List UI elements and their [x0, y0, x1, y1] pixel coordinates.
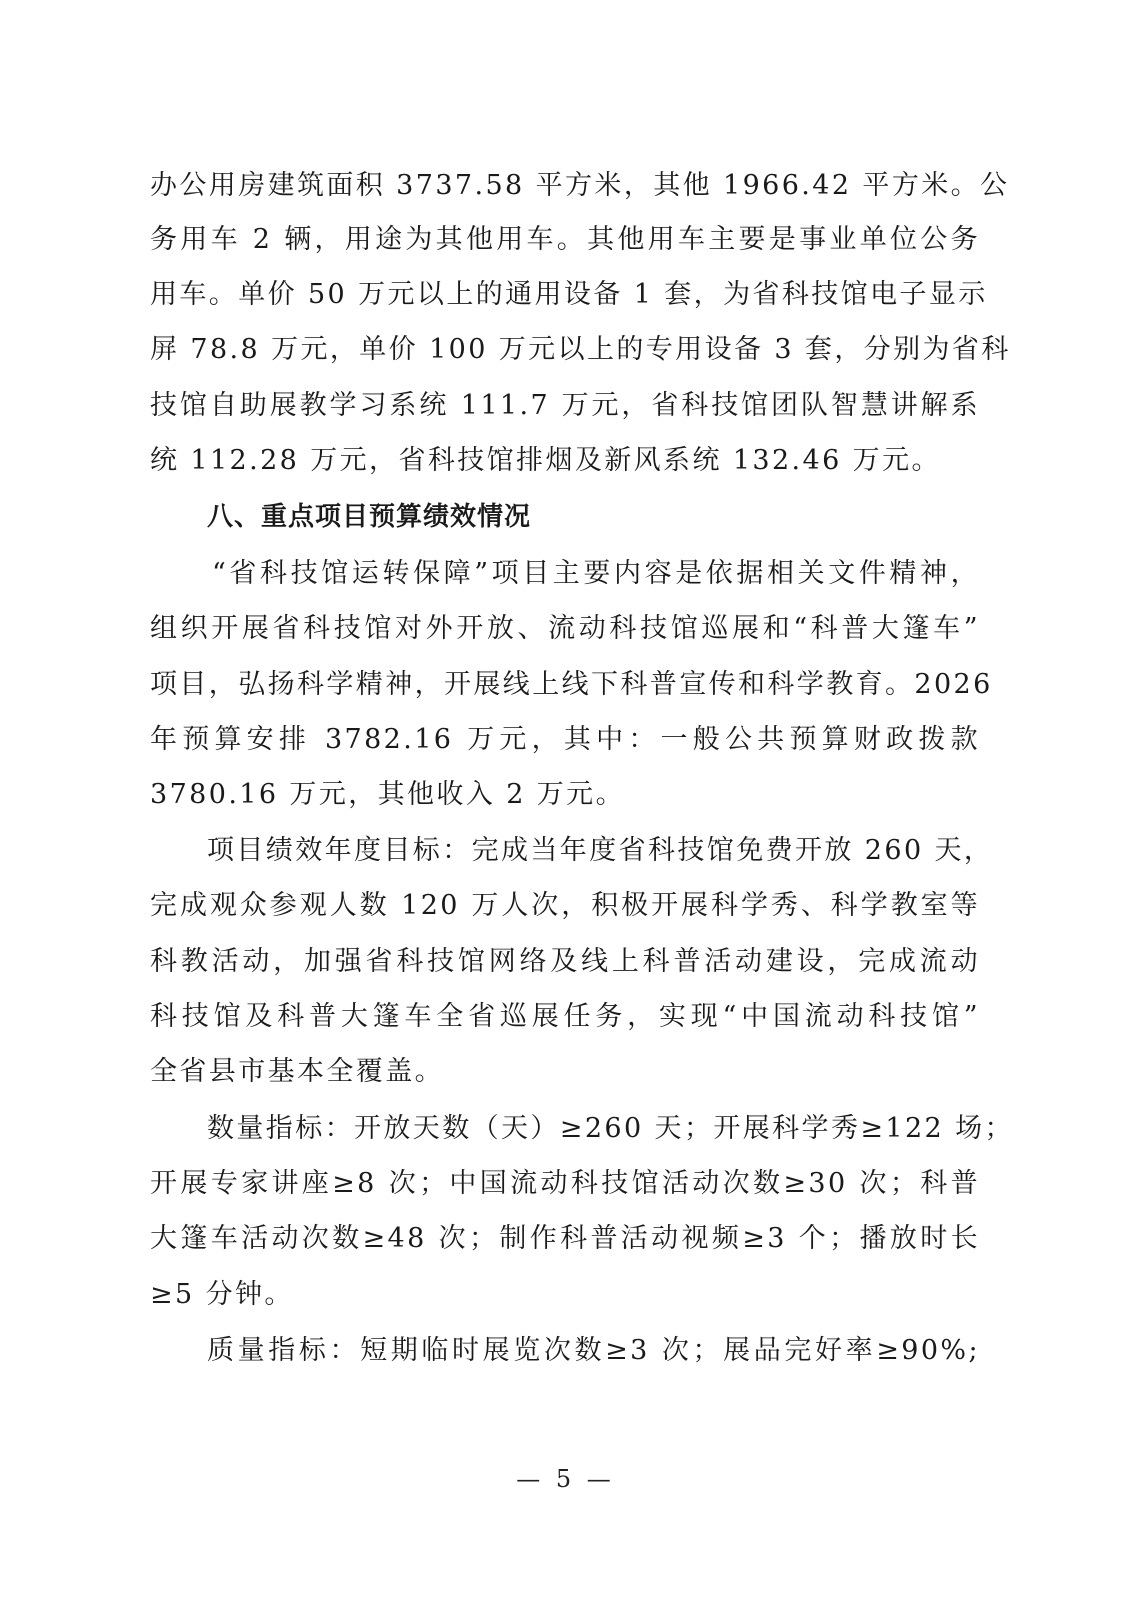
annual-goal-line-3: 科教活动，加强省科技馆网络及线上科普活动建设，完成流动	[150, 942, 980, 982]
annual-goal-line-2: 完成观众参观人数 120 万人次，积极开展科学秀、科学教室等	[150, 886, 980, 926]
assets-line-1: 办公用房建筑面积 3737.58 平方米，其他 1966.42 平方米。公	[150, 166, 980, 206]
project-intro-line-4: 年预算安排 3782.16 万元，其中：一般公共预算财政拨款	[150, 720, 980, 760]
quantity-indicators-line-4: ≥5 分钟。	[150, 1275, 980, 1315]
project-intro-line-3: 项目，弘扬科学精神，开展线上线下科普宣传和科学教育。2026	[150, 665, 980, 705]
assets-line-5: 技馆自助展教学习系统 111.7 万元，省科技馆团队智慧讲解系	[150, 386, 980, 426]
section-heading: 八、重点项目预算绩效情况	[207, 497, 980, 537]
project-intro-line-5: 3780.16 万元，其他收入 2 万元。	[150, 775, 980, 815]
project-intro-line-1: “省科技馆运转保障”项目主要内容是依据相关文件精神，	[212, 554, 980, 594]
project-intro-line-2: 组织开展省科技馆对外开放、流动科技馆巡展和“科普大篷车”	[150, 609, 980, 649]
assets-line-2: 务用车 2 辆，用途为其他用车。其他用车主要是事业单位公务	[150, 220, 980, 260]
assets-line-6: 统 112.28 万元，省科技馆排烟及新风系统 132.46 万元。	[150, 441, 980, 481]
quantity-indicators-line-3: 大篷车活动次数≥48 次；制作科普活动视频≥3 个；播放时长	[150, 1219, 980, 1259]
document-page: 办公用房建筑面积 3737.58 平方米，其他 1966.42 平方米。公 务用…	[0, 0, 1131, 1600]
assets-line-3: 用车。单价 50 万元以上的通用设备 1 套，为省科技馆电子显示	[150, 275, 980, 315]
annual-goal-line-5: 全省县市基本全覆盖。	[150, 1052, 980, 1092]
annual-goal-line-1: 项目绩效年度目标：完成当年度省科技馆免费开放 260 天，	[207, 831, 980, 871]
quantity-indicators-line-2: 开展专家讲座≥8 次；中国流动科技馆活动次数≥30 次；科普	[150, 1164, 980, 1204]
quality-indicators-line-1: 质量指标：短期临时展览次数≥3 次；展品完好率≥90%;	[207, 1331, 980, 1371]
annual-goal-line-4: 科技馆及科普大篷车全省巡展任务，实现“中国流动科技馆”	[150, 997, 980, 1037]
assets-line-4: 屏 78.8 万元，单价 100 万元以上的专用设备 3 套，分别为省科	[150, 330, 980, 370]
quantity-indicators-line-1: 数量指标：开放天数（天）≥260 天；开展科学秀≥122 场；	[207, 1109, 980, 1149]
page-number: — 5 —	[0, 1462, 1131, 1496]
